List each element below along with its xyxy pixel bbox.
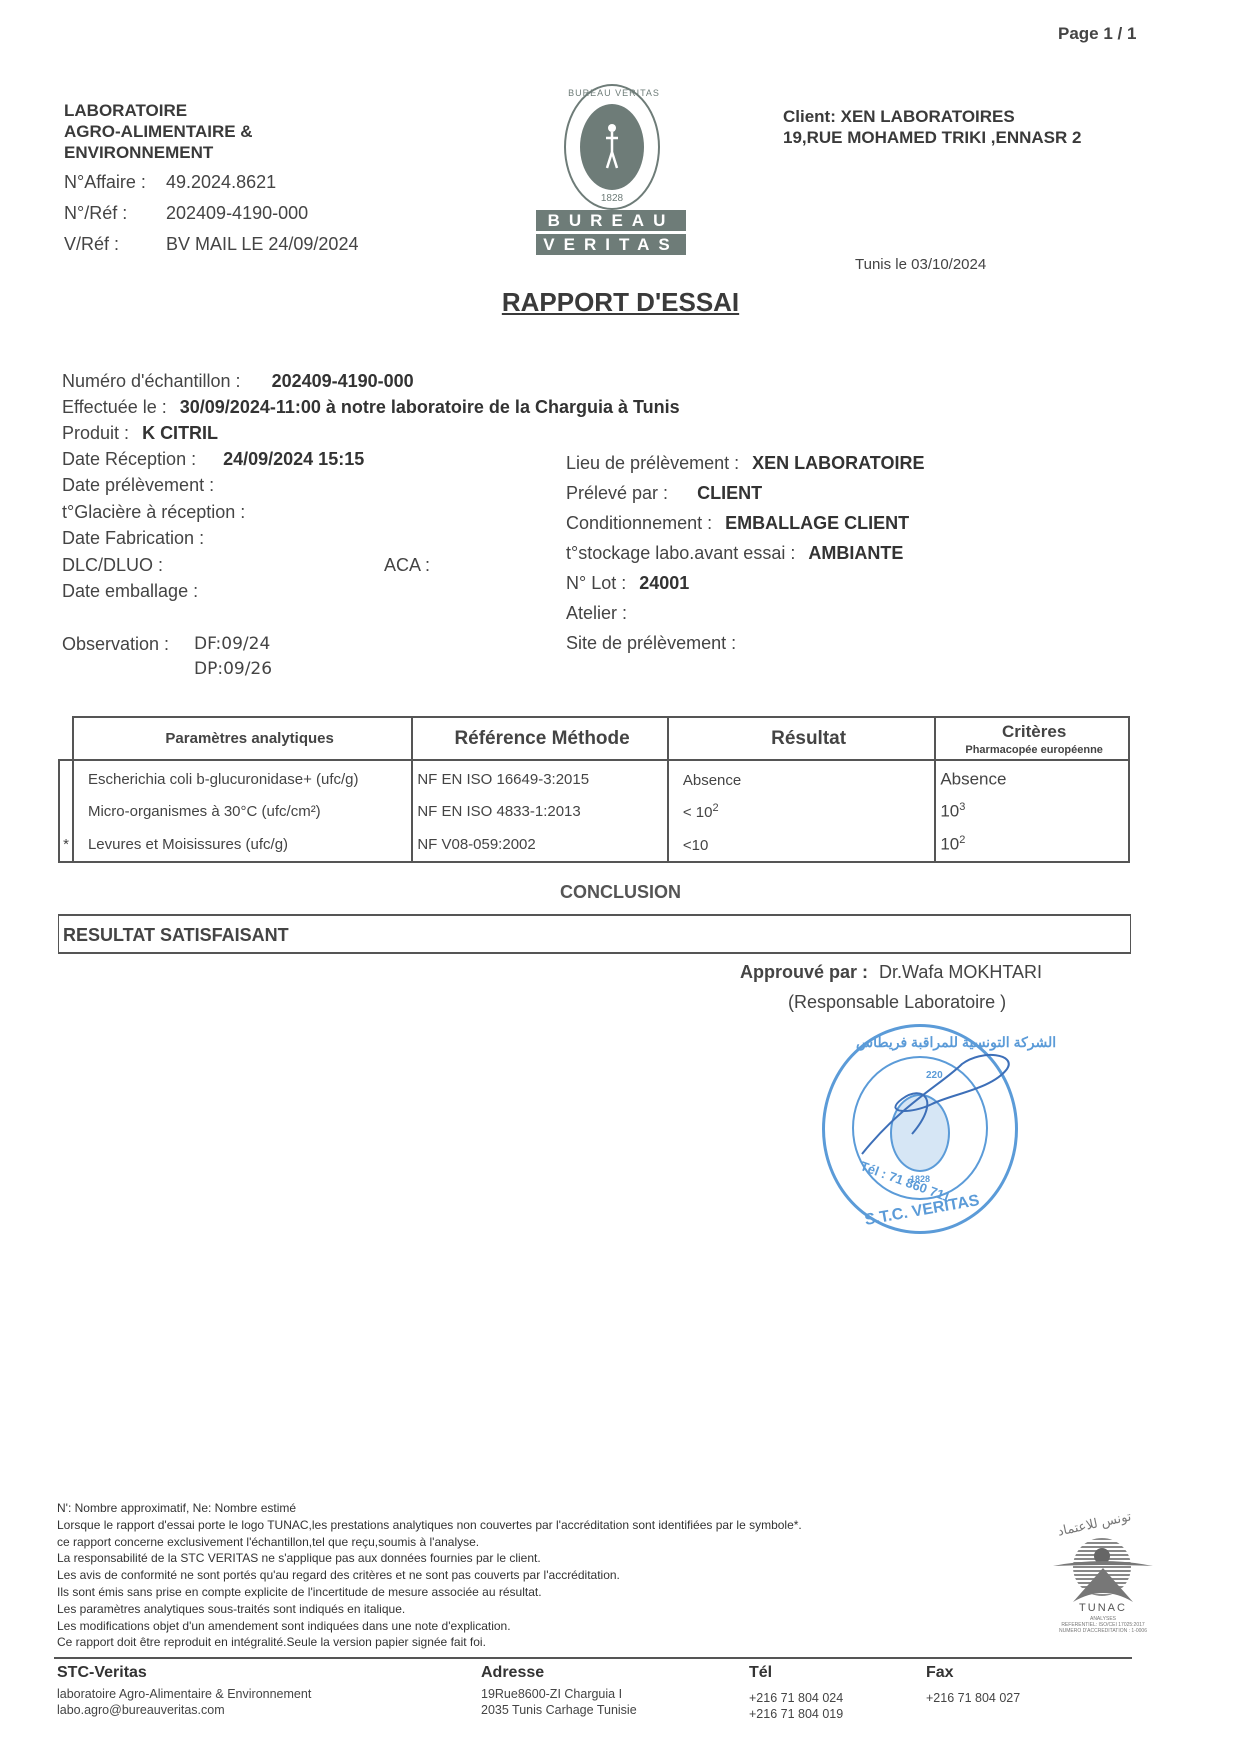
note-line: Ce rapport doit être reproduit en intégr… — [57, 1634, 802, 1651]
sampling-place-row: Lieu de prélèvement : XEN LABORATOIRE — [566, 453, 924, 474]
lot-label: N° Lot : — [566, 573, 626, 593]
sample-number-label: Numéro d'échantillon : — [62, 371, 241, 391]
tunac-accreditation: ANALYSES REFERENTIEL: ISO/CEI 17025:2017… — [1043, 1616, 1163, 1634]
note-line: ce rapport concerne exclusivement l'écha… — [57, 1534, 802, 1551]
signature-icon — [842, 1044, 1022, 1164]
affaire-row: N°Affaire :49.2024.8621 — [64, 172, 276, 193]
conclusion-box: RESULTAT SATISFAISANT — [58, 914, 1131, 954]
reception-date-row: Date Réception : 24/09/2024 15:15 — [62, 449, 364, 470]
note-line: Ils sont émis sans prise en compte expli… — [57, 1584, 802, 1601]
cooler-temp-label: t°Glacière à réception : — [62, 502, 245, 523]
packaging-row: Conditionnement : EMBALLAGE CLIENT — [566, 513, 909, 534]
note-line: Les modifications objet d'un amendement … — [57, 1618, 802, 1635]
footer-fax-details: +216 71 804 027 — [926, 1690, 1020, 1706]
report-date: Tunis le 03/10/2024 — [855, 256, 986, 273]
bv-band-bureau: BUREAU — [536, 210, 686, 231]
footer-tel-line: +216 71 804 019 — [749, 1706, 843, 1722]
page-title: RAPPORT D'ESSAI — [0, 287, 1241, 318]
param-header: Paramètres analytiques — [73, 717, 412, 760]
sampled-by-value: CLIENT — [697, 483, 762, 503]
note-line: Les avis de conformité ne sont portés qu… — [57, 1567, 802, 1584]
footer-address-details: 19Rue8600-ZI Charguia I 2035 Tunis Carha… — [481, 1686, 637, 1718]
note-line: La responsabilité de la STC VERITAS ne s… — [57, 1550, 802, 1567]
sample-number-value: 202409-4190-000 — [272, 371, 414, 391]
row-criteria-value: Absence — [940, 770, 1006, 789]
observation-line-1: DF:09/24 — [194, 634, 270, 654]
marker-header — [59, 717, 73, 760]
criteria-header-title: Critères — [1002, 722, 1066, 741]
reception-date-label: Date Réception : — [62, 449, 196, 469]
packaging-value: EMBALLAGE CLIENT — [725, 513, 909, 533]
footer-fax-heading: Fax — [926, 1664, 954, 1682]
sampling-place-label: Lieu de prélèvement : — [566, 453, 739, 473]
table-row: * Levures et Moisissures (ufc/g) NF V08-… — [59, 828, 1129, 862]
footer-tel-details: +216 71 804 024 +216 71 804 019 — [749, 1690, 843, 1722]
criteria-header: Critères Pharmacopée européenne — [935, 717, 1129, 760]
storage-temp-label: t°stockage labo.avant essai : — [566, 543, 795, 563]
tunac-logo: تونس للاعتماد TUNAC ANALYSES REFERENTIEL… — [1043, 1502, 1163, 1652]
sampling-site-label: Site de prélèvement : — [566, 633, 736, 654]
footer-company-details: laboratoire Agro-Alimentaire & Environne… — [57, 1686, 311, 1718]
bv-figure-icon — [604, 122, 620, 172]
row-criteria-value: 10 — [940, 801, 959, 820]
criteria-header-sub: Pharmacopée européenne — [940, 741, 1128, 759]
performed-value: 30/09/2024-11:00 à notre laboratoire de … — [180, 397, 680, 417]
manufacture-date-label: Date Fabrication : — [62, 528, 204, 549]
bv-band-veritas: VERITAS — [536, 234, 686, 255]
row-criteria-exponent: 3 — [959, 801, 965, 813]
our-ref-value: 202409-4190-000 — [166, 203, 308, 224]
approver-name: Dr.Wafa MOKHTARI — [879, 962, 1042, 982]
footer-tel-line: +216 71 804 024 — [749, 1690, 843, 1706]
footer-tel-heading: Tél — [749, 1664, 772, 1682]
row-result: <10 — [668, 828, 935, 862]
lot-value: 24001 — [639, 573, 689, 593]
our-ref-row: N°/Réf :202409-4190-000 — [64, 203, 308, 224]
footer-address-line: 2035 Tunis Carhage Tunisie — [481, 1702, 637, 1718]
company-stamp: الشركة التونسية للمراقبة فريطاس 220 1828… — [822, 1024, 1018, 1234]
your-ref-label: V/Réf : — [64, 234, 166, 255]
row-marker — [59, 760, 73, 794]
footer-notes: N': Nombre approximatif, Ne: Nombre esti… — [57, 1500, 802, 1651]
bv-seal-text: BUREAU VERITAS — [566, 88, 662, 98]
row-result: < 102 — [668, 794, 935, 828]
lot-row: N° Lot : 24001 — [566, 573, 689, 594]
workshop-label: Atelier : — [566, 603, 627, 624]
result-header: Résultat — [668, 717, 935, 760]
row-param: Escherichia coli b-glucuronidase+ (ufc/g… — [73, 760, 412, 794]
footer-email[interactable]: labo.agro@bureauveritas.com — [57, 1702, 311, 1718]
footer-company-heading: STC-Veritas — [57, 1664, 147, 1682]
row-marker — [59, 794, 73, 828]
footer-address-line: 19Rue8600-ZI Charguia I — [481, 1686, 637, 1702]
note-line: Les paramètres analytiques sous-traités … — [57, 1601, 802, 1618]
bv-seal-icon: BUREAU VERITAS 1828 — [564, 84, 660, 210]
row-criteria: Absence — [935, 760, 1129, 794]
observation-line-2: DP:09/26 — [194, 659, 272, 679]
your-ref-row: V/Réf :BV MAIL LE 24/09/2024 — [64, 234, 358, 255]
conclusion-title: CONCLUSION — [0, 882, 1241, 903]
table-row: Micro-organismes à 30°C (ufc/cm²) NF EN … — [59, 794, 1129, 828]
row-marker: * — [59, 828, 73, 862]
approval-label: Approuvé par : — [740, 962, 868, 982]
product-row: Produit : K CITRIL — [62, 423, 218, 444]
approver-role: (Responsable Laboratoire ) — [788, 992, 1006, 1013]
aca-label: ACA : — [384, 555, 430, 576]
sampling-date-label: Date prélèvement : — [62, 475, 214, 496]
tunac-arms-icon — [1053, 1558, 1153, 1604]
row-result-value: < 10 — [683, 804, 713, 821]
row-result-value: Absence — [683, 772, 741, 789]
sampled-by-label: Prélevé par : — [566, 483, 668, 503]
observation-row: Observation : — [62, 634, 169, 655]
row-result-exponent: 2 — [712, 802, 718, 814]
row-param: Micro-organismes à 30°C (ufc/cm²) — [73, 794, 412, 828]
row-criteria: 103 — [935, 794, 1129, 828]
storage-temp-value: AMBIANTE — [808, 543, 903, 563]
dlc-label: DLC/DLUO : — [62, 555, 163, 576]
affaire-label: N°Affaire : — [64, 172, 166, 193]
storage-temp-row: t°stockage labo.avant essai : AMBIANTE — [566, 543, 903, 564]
sample-number-row: Numéro d'échantillon : 202409-4190-000 — [62, 371, 414, 392]
affaire-value: 49.2024.8621 — [166, 172, 276, 193]
results-table: Paramètres analytiques Référence Méthode… — [58, 716, 1130, 863]
lab-name-line: AGRO-ALIMENTAIRE & — [64, 121, 253, 142]
lab-name-line: ENVIRONNEMENT — [64, 142, 253, 163]
approval-row: Approuvé par : Dr.Wafa MOKHTARI — [740, 962, 1042, 983]
performed-row: Effectuée le : 30/09/2024-11:00 à notre … — [62, 397, 680, 418]
client-block: Client: XEN LABORATOIRES 19,RUE MOHAMED … — [783, 106, 1081, 148]
footer-fax-line: +216 71 804 027 — [926, 1690, 1020, 1706]
sampled-by-row: Prélevé par : CLIENT — [566, 483, 762, 504]
sampling-place-value: XEN LABORATOIRE — [752, 453, 924, 473]
method-header: Référence Méthode — [412, 717, 668, 760]
lab-name-line: LABORATOIRE — [64, 100, 253, 121]
client-address: 19,RUE MOHAMED TRIKI ,ENNASR 2 — [783, 127, 1081, 148]
product-label: Produit : — [62, 423, 129, 443]
row-method: NF EN ISO 16649-3:2015 — [412, 760, 668, 794]
client-name: Client: XEN LABORATOIRES — [783, 106, 1081, 127]
packaging-label: Conditionnement : — [566, 513, 712, 533]
tunac-arabic-text: تونس للاعتماد — [1056, 1508, 1133, 1539]
note-line: Lorsque le rapport d'essai porte le logo… — [57, 1517, 802, 1534]
table-row: Escherichia coli b-glucuronidase+ (ufc/g… — [59, 760, 1129, 794]
row-criteria-exponent: 2 — [959, 834, 965, 846]
row-method: NF V08-059:2002 — [412, 828, 668, 862]
bureau-veritas-logo: BUREAU VERITAS 1828 BUREAU VERITAS — [536, 84, 686, 264]
tunac-name: TUNAC — [1043, 1602, 1163, 1614]
conclusion-text: RESULTAT SATISFAISANT — [63, 925, 289, 946]
row-param: Levures et Moisissures (ufc/g) — [73, 828, 412, 862]
footer-address-heading: Adresse — [481, 1664, 544, 1682]
packaging-date-label: Date emballage : — [62, 581, 198, 602]
your-ref-value: BV MAIL LE 24/09/2024 — [166, 234, 358, 255]
observation-label: Observation : — [62, 634, 169, 654]
bv-seal-year: 1828 — [566, 193, 658, 204]
row-criteria: 102 — [935, 828, 1129, 862]
row-result-value: <10 — [683, 837, 708, 854]
row-method: NF EN ISO 4833-1:2013 — [412, 794, 668, 828]
note-line: N': Nombre approximatif, Ne: Nombre esti… — [57, 1500, 802, 1517]
tunac-line: NUMERO D'ACCREDITATION : 1-0006 — [1043, 1628, 1163, 1634]
footer-divider — [54, 1657, 1132, 1659]
our-ref-label: N°/Réf : — [64, 203, 166, 224]
page-number: Page 1 / 1 — [1058, 24, 1136, 44]
footer-company-line: laboratoire Agro-Alimentaire & Environne… — [57, 1686, 311, 1702]
performed-label: Effectuée le : — [62, 397, 167, 417]
lab-name: LABORATOIRE AGRO-ALIMENTAIRE & ENVIRONNE… — [64, 100, 253, 163]
reception-date-value: 24/09/2024 15:15 — [223, 449, 364, 469]
row-criteria-value: 10 — [940, 835, 959, 854]
row-result: Absence — [668, 760, 935, 794]
table-header-row: Paramètres analytiques Référence Méthode… — [59, 717, 1129, 760]
product-value: K CITRIL — [142, 423, 218, 443]
